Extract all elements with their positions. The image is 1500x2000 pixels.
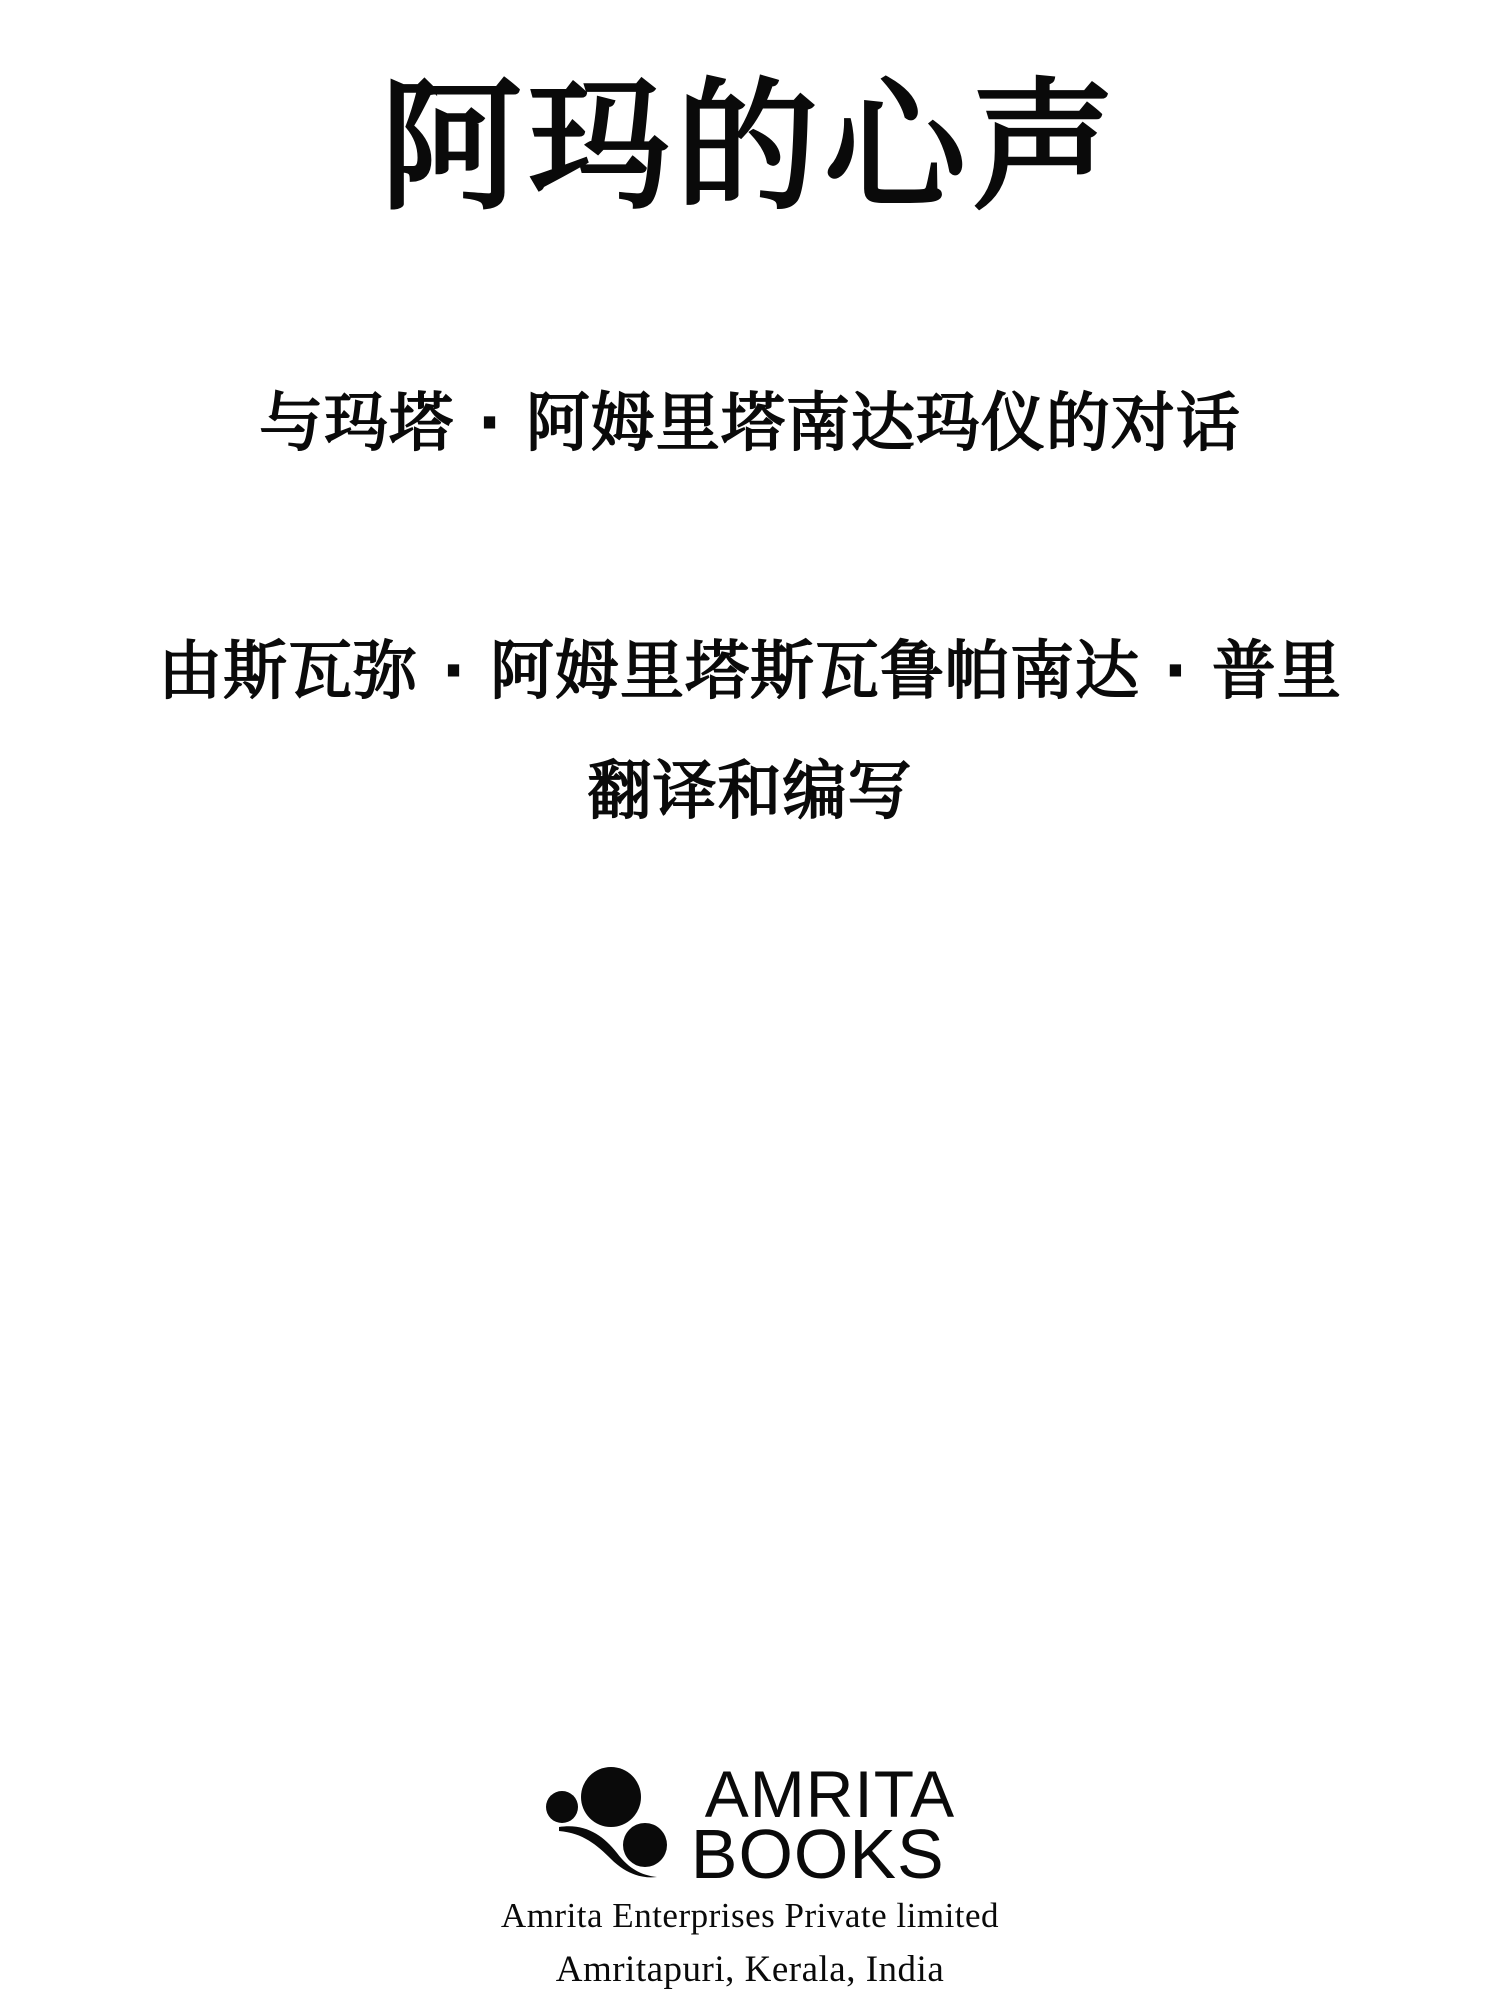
book-title: 阿玛的心声 xyxy=(0,62,1500,232)
logo-word-books: BOOKS xyxy=(691,1823,945,1885)
translation-note: 翻译和编写 xyxy=(0,750,1500,834)
publisher-company: Amrita Enterprises Private limited xyxy=(0,1894,1500,1938)
publisher-wordmark: AMRITA BOOKS xyxy=(691,1765,955,1885)
amrita-books-logo-icon xyxy=(545,1765,685,1885)
publisher-block: AMRITA BOOKS Amrita Enterprises Private … xyxy=(0,1765,1500,1994)
book-subtitle: 与玛塔 · 阿姆里塔南达玛仪的对话 xyxy=(0,382,1500,466)
publisher-location: Amritapuri, Kerala, India xyxy=(0,1946,1500,1994)
publisher-logo: AMRITA BOOKS xyxy=(545,1765,955,1885)
title-page: 阿玛的心声 与玛塔 · 阿姆里塔南达玛仪的对话 由斯瓦弥 · 阿姆里塔斯瓦鲁帕南… xyxy=(0,0,1500,2000)
translator-credit: 由斯瓦弥 · 阿姆里塔斯瓦鲁帕南达 · 普里 xyxy=(0,630,1500,714)
